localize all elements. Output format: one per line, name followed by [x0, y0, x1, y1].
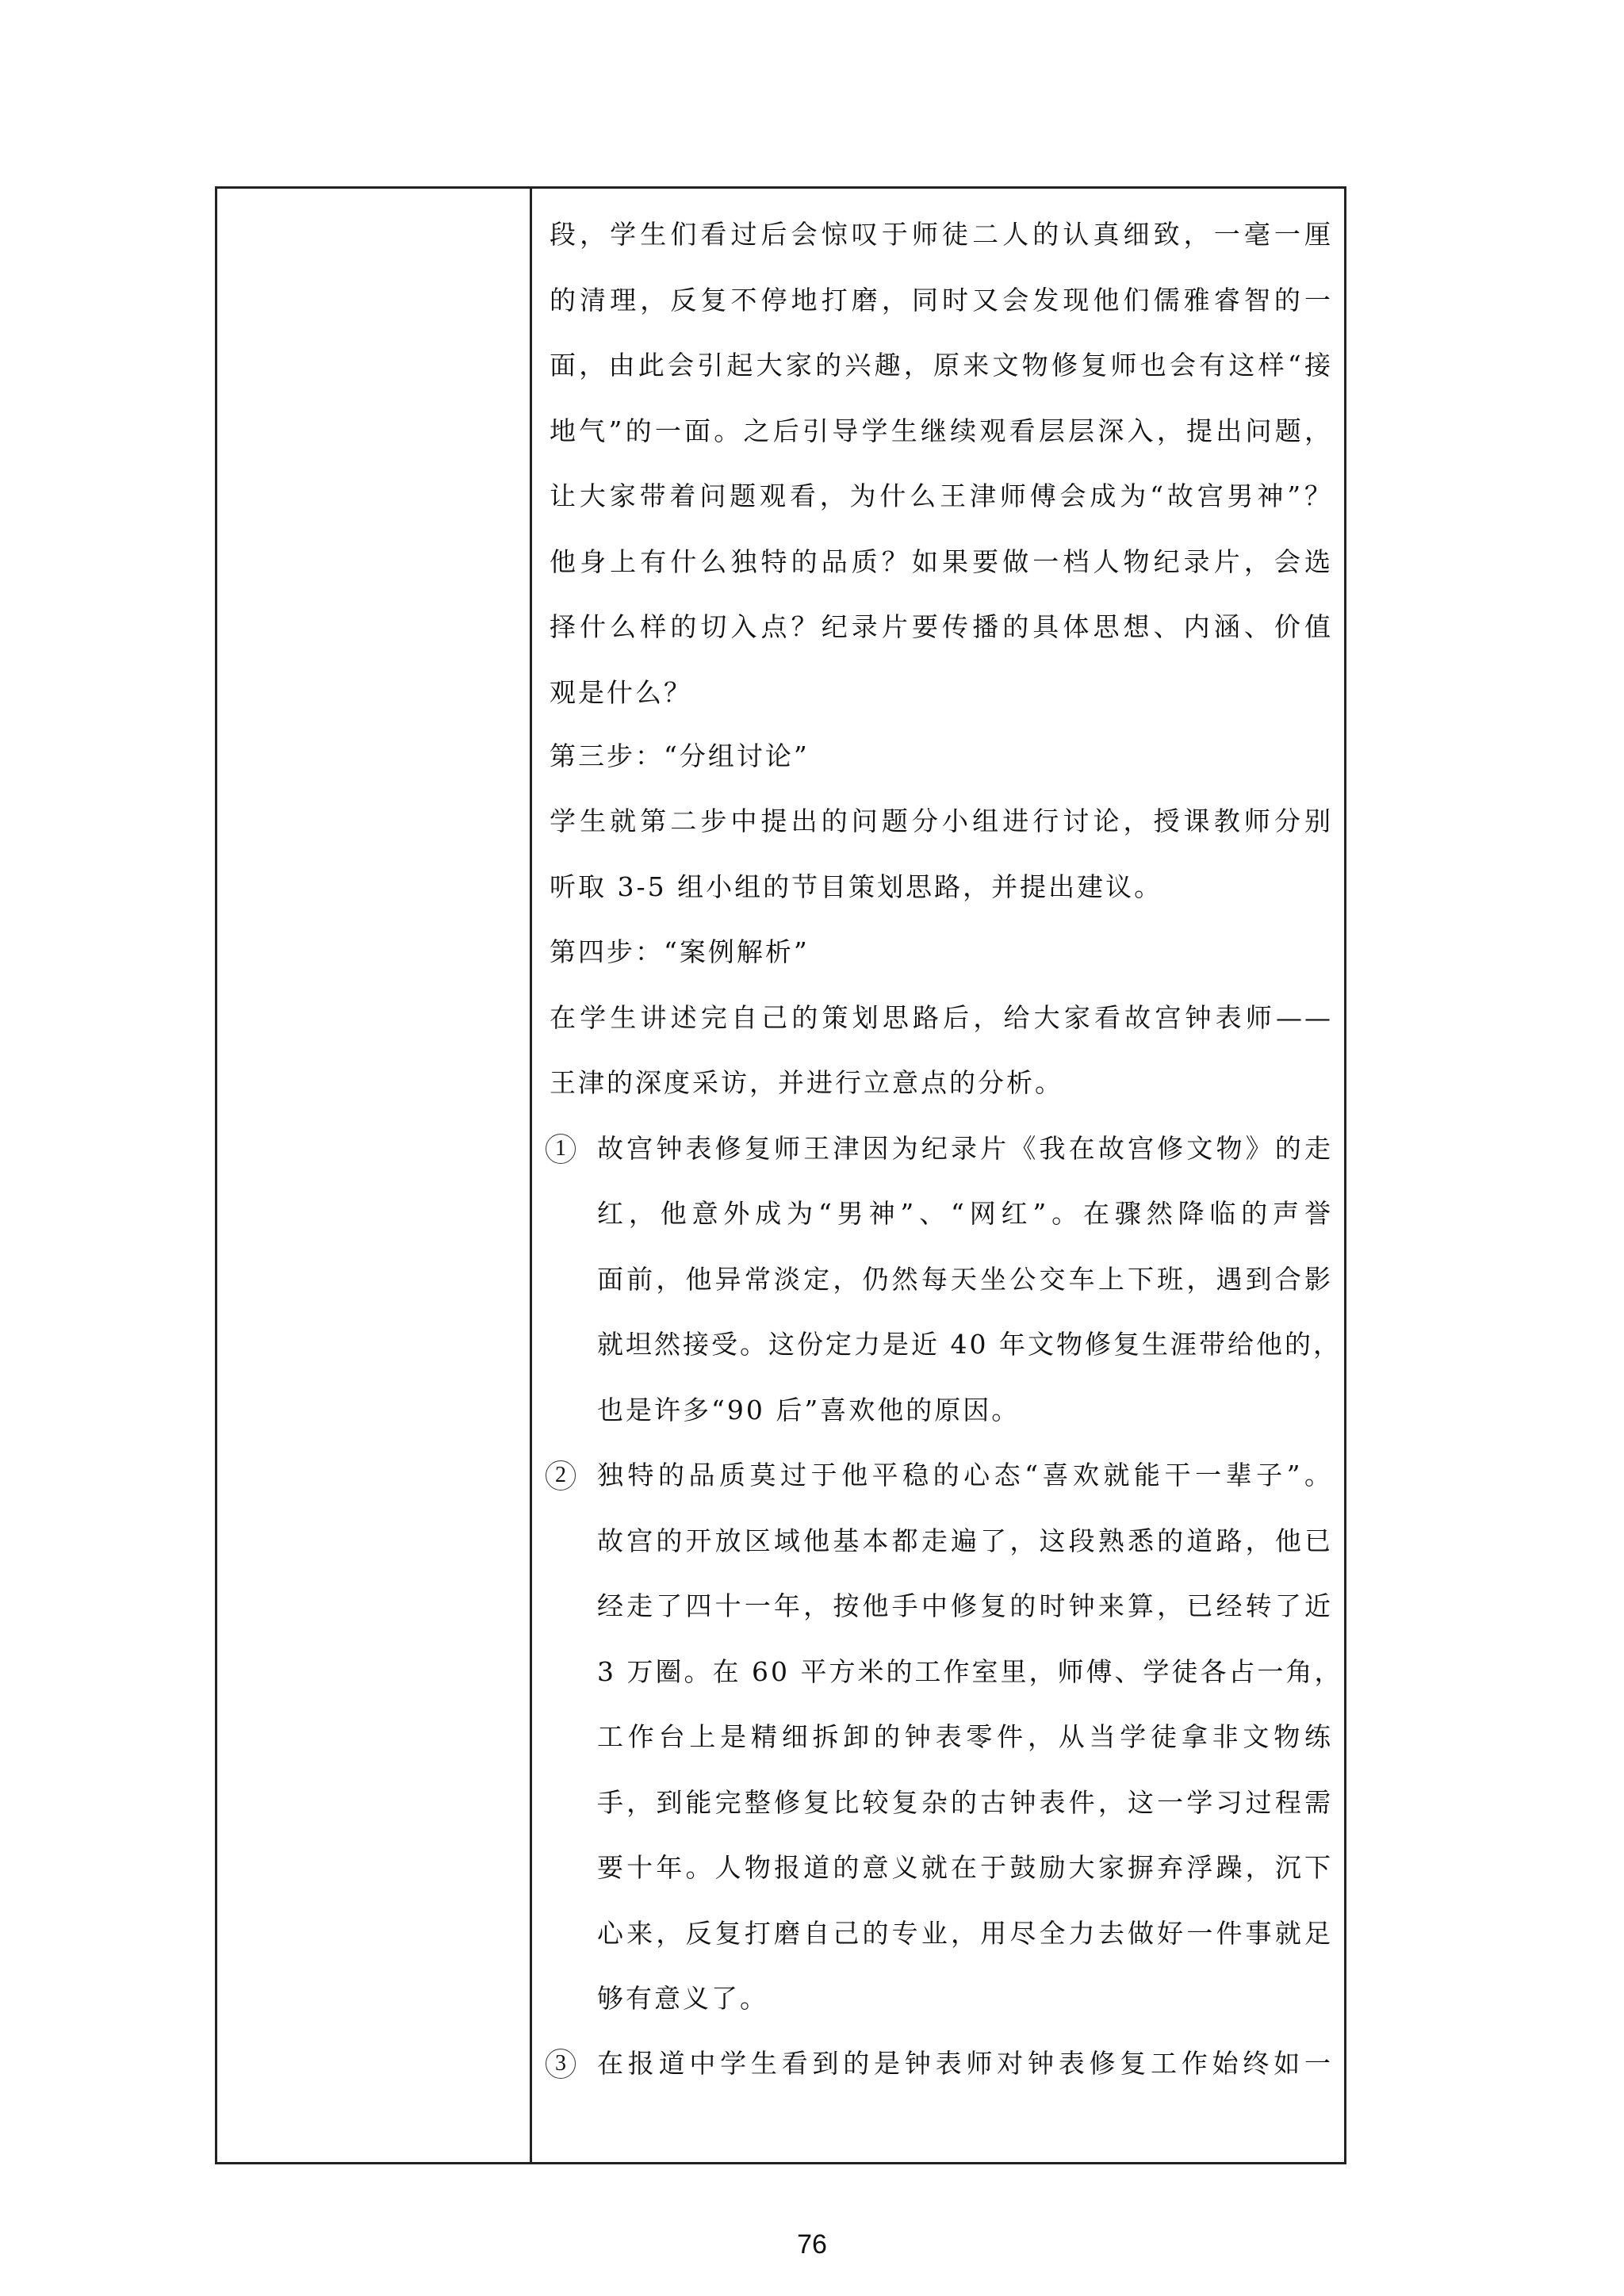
text-line: 观是什么？	[550, 669, 1333, 717]
text-line: 段，学生们看过后会惊叹于师徒二人的认真细致，一毫一厘	[550, 211, 1333, 258]
text-line: 面，由此会引起大家的兴趣，原来文物修复师也会有这样“接	[550, 342, 1333, 389]
list-item-line: 红，他意外成为“男神”、“网红”。在骤然降临的声誉	[597, 1190, 1333, 1238]
text-line: 在学生讲述完自己的策划思路后，给大家看故宫钟表师——	[550, 994, 1333, 1042]
text-line: 王津的深度采访，并进行立意点的分析。	[550, 1059, 1333, 1107]
text-line: 学生就第二步中提出的问题分小组进行讨论，授课教师分别	[550, 798, 1333, 845]
text-line: 让大家带着问题观看，为什么王津师傅会成为“故宫男神”？	[550, 473, 1333, 520]
list-item-line: 就坦然接受。这份定力是近 40 年文物修复生涯带给他的，	[597, 1321, 1333, 1368]
list-item-line: 也是许多“90 后”喜欢他的原因。	[597, 1387, 1333, 1434]
list-item-line: 面前，他异常淡定，仍然每天坐公交车上下班，遇到合影	[597, 1256, 1333, 1303]
list-item-line: 故宫钟表修复师王津因为纪录片《我在故宫修文物》的走	[597, 1125, 1333, 1173]
text-line: 他身上有什么独特的品质？如果要做一档人物纪录片，会选	[550, 538, 1333, 586]
list-item-line: 够有意义了。	[597, 1975, 1333, 2022]
text-line: 听取 3-5 组小组的节目策划思路，并提出建议。	[550, 863, 1333, 911]
text-line: 择什么样的切入点？纪录片要传播的具体思想、内涵、价值	[550, 603, 1333, 651]
text-line: 地气”的一面。之后引导学生继续观看层层深入，提出问题，	[550, 408, 1333, 455]
list-item-line: 心来，反复打磨自己的专业，用尽全力去做好一件事就足	[597, 1910, 1333, 1957]
list-item-line: 经走了四十一年，按他手中修复的时钟来算，已经转了近	[597, 1582, 1333, 1630]
step-heading: 第三步：“分组讨论”	[550, 733, 1333, 780]
table-right-cell: 段，学生们看过后会惊叹于师徒二人的认真细致，一毫一厘 的清理，反复不停地打磨，同…	[532, 189, 1344, 2162]
list-item-line: 手，到能完整修复比较复杂的古钟表件，这一学习过程需	[597, 1779, 1333, 1827]
circled-number-marker: 3	[546, 2049, 576, 2079]
list-item-line: 故宫的开放区域他基本都走遍了，这段熟悉的道路，他已	[597, 1517, 1333, 1565]
step-heading: 第四步：“案例解析”	[550, 928, 1333, 976]
lesson-plan-table: 段，学生们看过后会惊叹于师徒二人的认真细致，一毫一厘 的清理，反复不停地打磨，同…	[215, 186, 1346, 2164]
list-item-line: 独特的品质莫过于他平稳的心态“喜欢就能干一辈子”。	[597, 1452, 1333, 1499]
list-item-line: 工作台上是精细拆卸的钟表零件，从当学徒拿非文物练	[597, 1713, 1333, 1761]
list-item-line: 要十年。人物报道的意义就在于鼓励大家摒弃浮躁，沉下	[597, 1844, 1333, 1892]
list-item-line: 在报道中学生看到的是钟表师对钟表修复工作始终如一	[597, 2040, 1333, 2087]
list-item-line: 3 万圈。在 60 平方米的工作室里，师傅、学徒各占一角，	[597, 1648, 1333, 1696]
page-number: 76	[0, 2229, 1624, 2260]
circled-number-marker: 2	[546, 1460, 576, 1490]
text-line: 的清理，反复不停地打磨，同时又会发现他们儒雅睿智的一	[550, 277, 1333, 324]
circled-number-marker: 1	[546, 1134, 576, 1164]
table-left-cell	[217, 189, 532, 2162]
